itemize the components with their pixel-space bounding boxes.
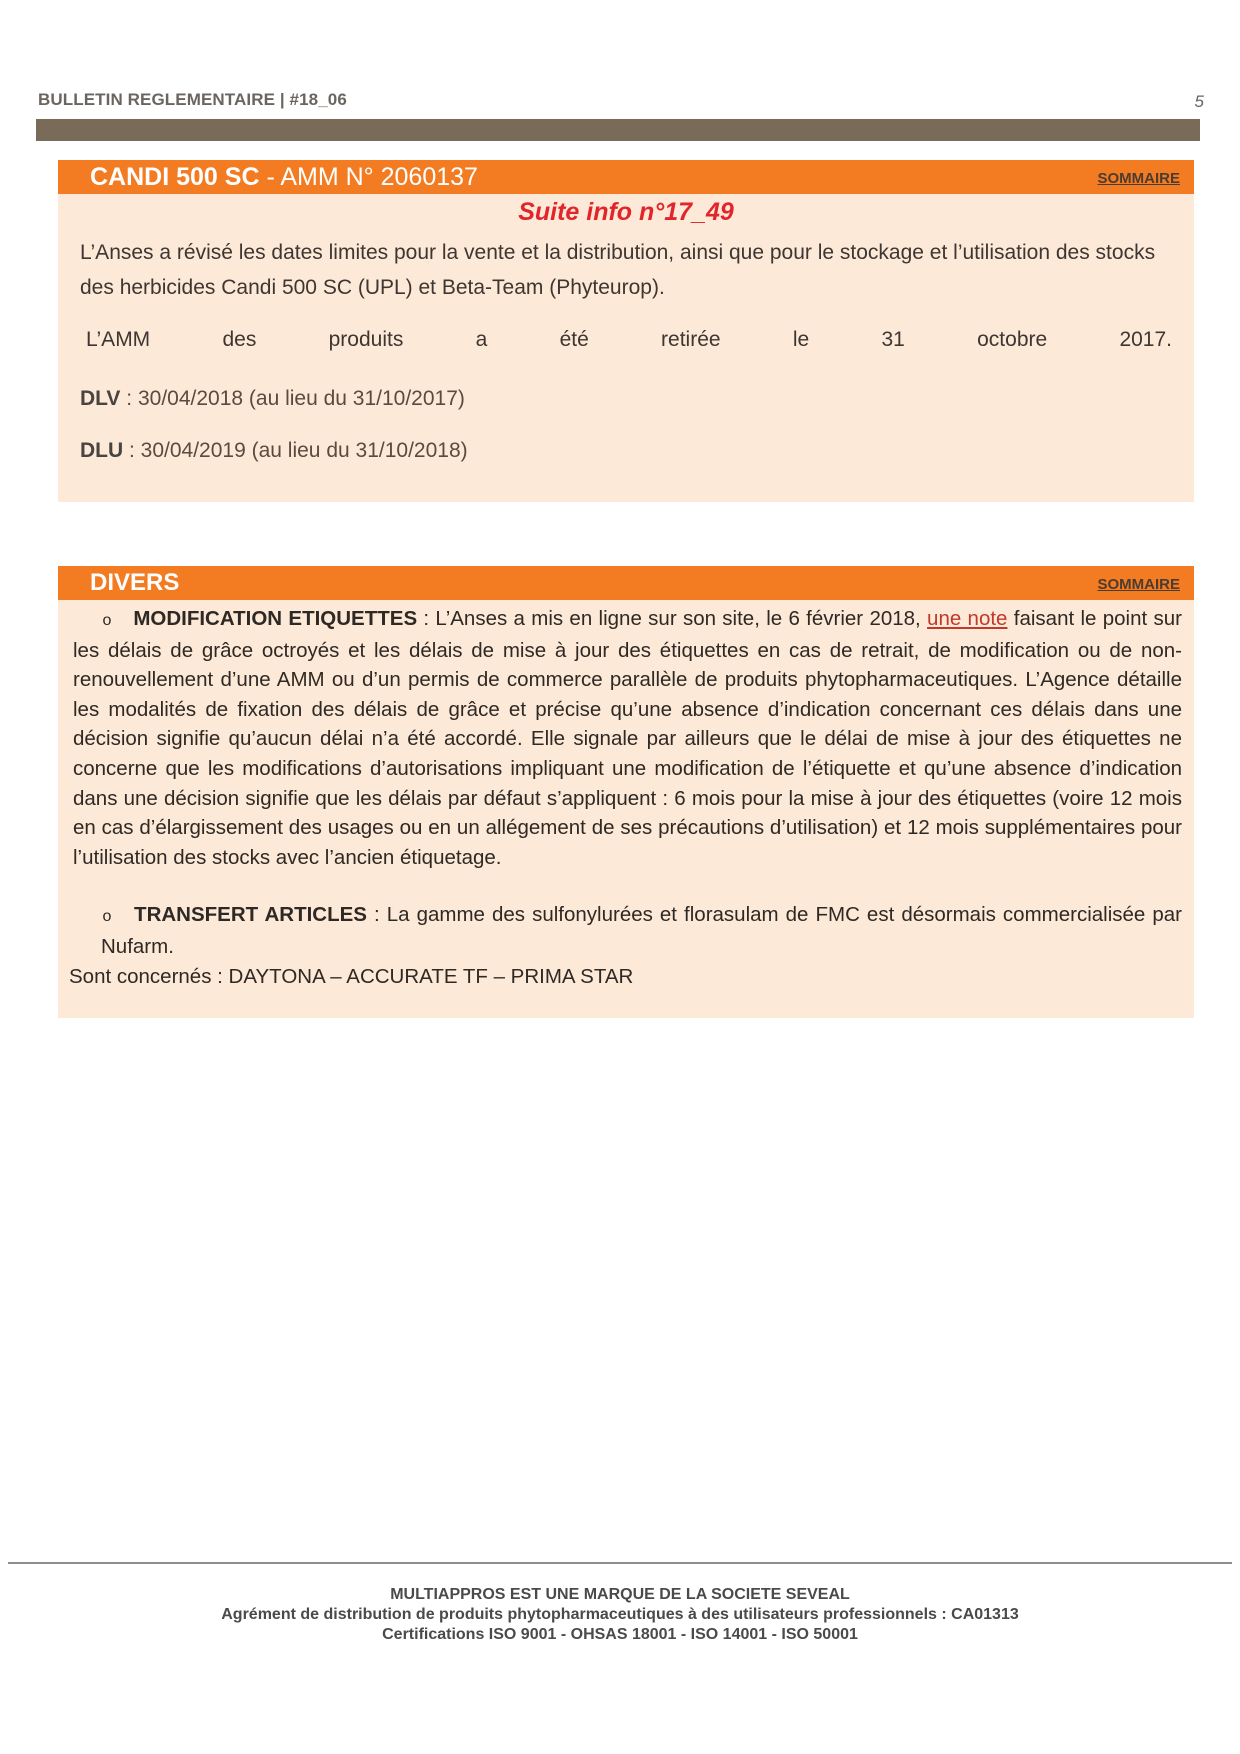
dlv-value: : 30/04/2018 (au lieu du 31/10/2017) — [120, 387, 464, 410]
candi-paragraph-2: L’AMM des produits a été retirée le 31 o… — [80, 322, 1172, 357]
page-footer: MULTIAPPROS EST UNE MARQUE DE LA SOCIETE… — [0, 1585, 1240, 1645]
item-text-intro: : L’Anses a mis en ligne sur son site, l… — [417, 607, 927, 630]
dlu-line: DLU : 30/04/2019 (au lieu du 31/10/2018) — [80, 433, 1172, 468]
item-modification-etiquettes: o MODIFICATION ETIQUETTES : L’Anses a mi… — [73, 604, 1182, 872]
dlu-label: DLU — [80, 439, 123, 462]
suite-info-subtitle: Suite info n°17_49 — [58, 198, 1194, 227]
amm-number: - AMM N° 2060137 — [260, 163, 478, 191]
item-transfert-articles: o TRANSFERT ARTICLES : La gamme des sulf… — [73, 900, 1182, 961]
item-text-body: faisant le point sur les délais de grâce… — [73, 607, 1182, 869]
bullet-circle-icon: o — [73, 606, 127, 636]
concerned-products: Sont concernés : DAYTONA – ACCURATE TF –… — [69, 962, 1182, 992]
dlu-value: : 30/04/2019 (au lieu du 31/10/2018) — [123, 439, 467, 462]
section-divers-header: DIVERS SOMMAIRE — [58, 566, 1194, 600]
section-candi-header: CANDI 500 SC - AMM N° 2060137 SOMMAIRE — [58, 160, 1194, 194]
page-number: 5 — [1195, 92, 1204, 112]
section-divers: DIVERS SOMMAIRE o MODIFICATION ETIQUETTE… — [58, 566, 1194, 1018]
product-name: CANDI 500 SC — [90, 163, 260, 191]
candi-paragraph-1: L’Anses a révisé les dates limites pour … — [80, 235, 1172, 305]
dlv-line: DLV : 30/04/2018 (au lieu du 31/10/2017) — [80, 381, 1172, 416]
sommaire-link[interactable]: SOMMAIRE — [1098, 170, 1181, 187]
item-label: TRANSFERT ARTICLES — [134, 903, 367, 926]
dlv-label: DLV — [80, 387, 120, 410]
footer-certifications: Certifications ISO 9001 - OHSAS 18001 - … — [0, 1625, 1240, 1645]
une-note-link[interactable]: une note — [927, 607, 1007, 630]
footer-agrement: Agrément de distribution de produits phy… — [0, 1605, 1240, 1625]
bullet-circle-icon: o — [73, 902, 127, 932]
item-label: MODIFICATION ETIQUETTES — [133, 607, 417, 630]
bulletin-title: BULLETIN REGLEMENTAIRE | #18_06 — [38, 90, 347, 110]
footer-divider — [8, 1562, 1232, 1564]
footer-company: MULTIAPPROS EST UNE MARQUE DE LA SOCIETE… — [0, 1585, 1240, 1605]
section-divers-title: DIVERS — [90, 569, 179, 597]
section-candi-title: CANDI 500 SC - AMM N° 2060137 — [90, 163, 478, 192]
header-bar — [36, 119, 1200, 141]
sommaire-link[interactable]: SOMMAIRE — [1098, 576, 1181, 593]
section-candi: CANDI 500 SC - AMM N° 2060137 SOMMAIRE S… — [58, 160, 1194, 502]
